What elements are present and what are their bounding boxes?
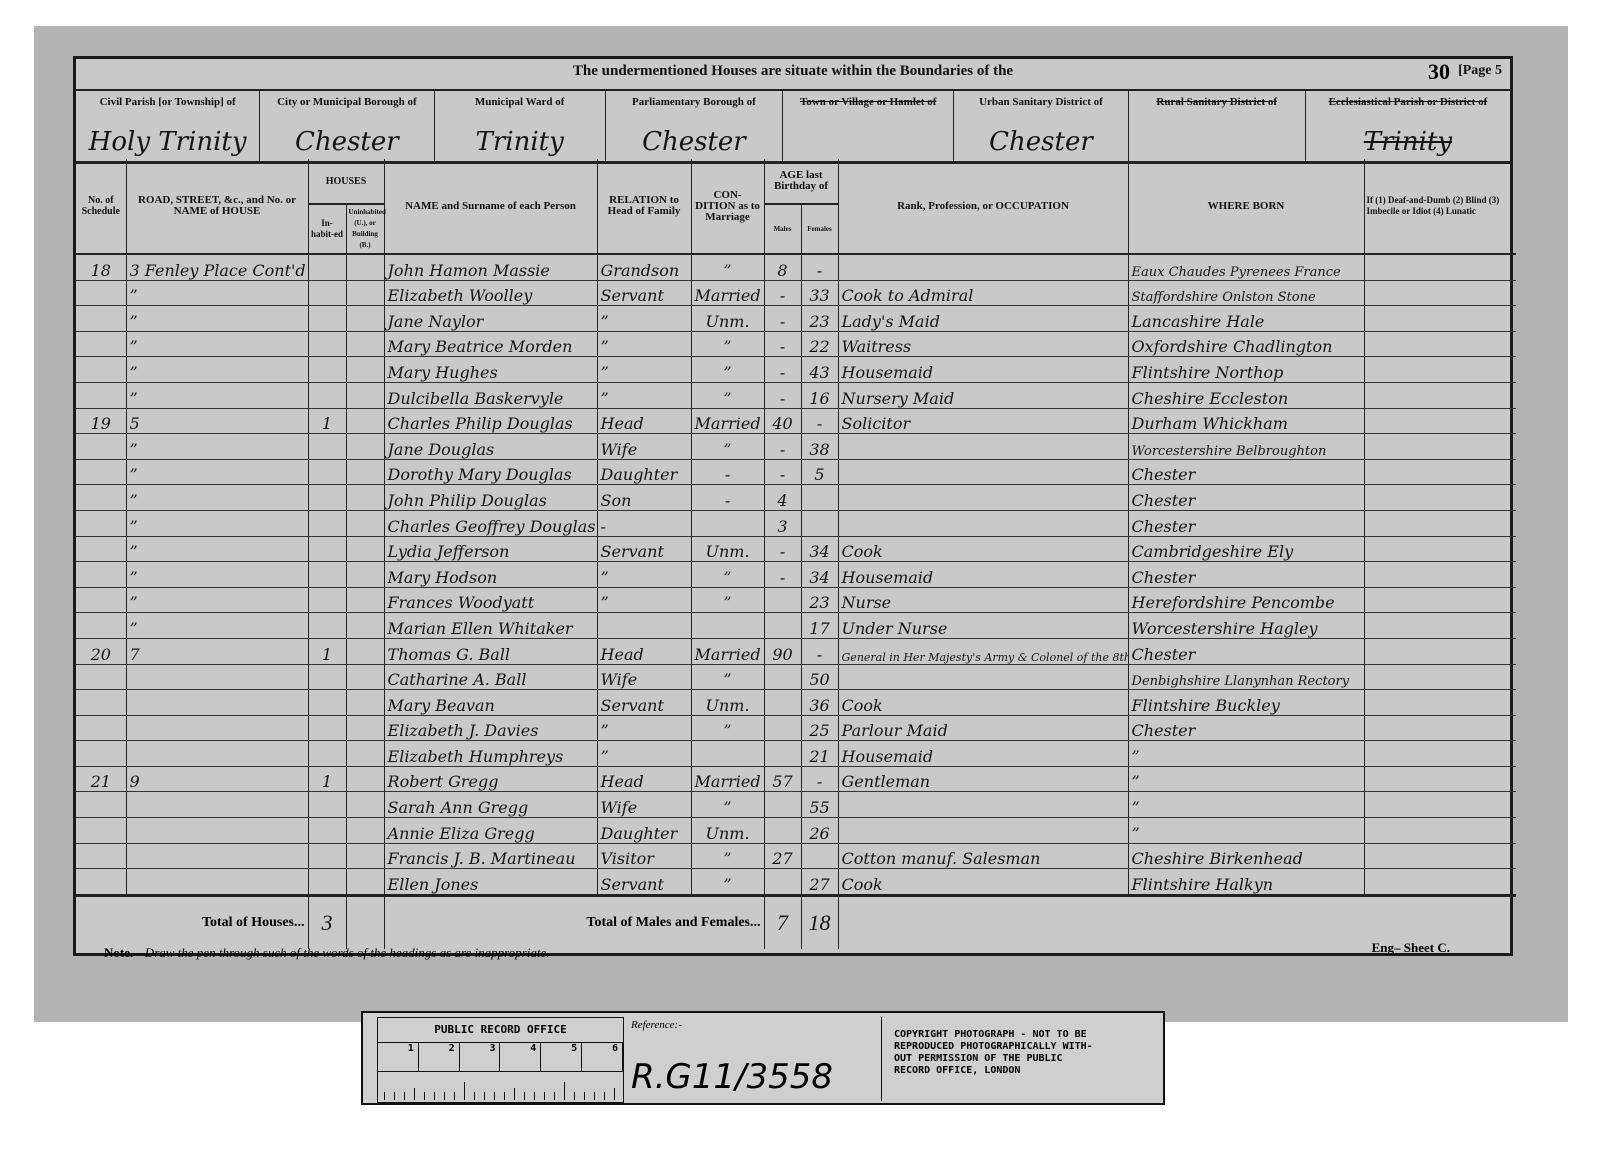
boundary-cell: Parliamentary Borough ofChester <box>606 91 783 161</box>
ruler-tick <box>524 1092 525 1100</box>
female-age-cell: - <box>801 766 838 792</box>
uninhabited-cell <box>346 818 384 844</box>
table-row: Catharine A. BallWife”50Denbighshire Lla… <box>76 664 1516 690</box>
table-row: ”John Philip DouglasSon-4Chester <box>76 485 1516 511</box>
boundary-cell: City or Municipal Borough ofChester <box>260 91 434 161</box>
female-age-cell: 16 <box>801 382 838 408</box>
schedule-cell <box>76 459 126 485</box>
schedule-cell <box>76 843 126 869</box>
birthplace-cell: Chester <box>1128 510 1364 536</box>
inhabited-cell: 1 <box>308 766 346 792</box>
female-age-cell: 5 <box>801 459 838 485</box>
male-age-cell: 8 <box>764 254 801 280</box>
uninhabited-cell <box>346 843 384 869</box>
schedule-cell <box>76 613 126 639</box>
name-cell: Mary Hughes <box>384 357 597 383</box>
ruler-tick <box>424 1092 425 1100</box>
record-office-number: 5 <box>541 1043 582 1071</box>
birthplace-cell: Eaux Chaudes Pyrenees France <box>1128 254 1364 280</box>
road-cell: ” <box>126 459 308 485</box>
infirmity-cell <box>1364 766 1516 792</box>
relation-cell: Servant <box>597 280 691 306</box>
male-age-cell <box>764 587 801 613</box>
male-age-cell: - <box>764 459 801 485</box>
record-office-number: 3 <box>460 1043 501 1071</box>
relation-cell: ” <box>597 741 691 767</box>
boundary-cell: Urban Sanitary District ofChester <box>954 91 1128 161</box>
infirmity-cell <box>1364 587 1516 613</box>
male-age-cell <box>764 715 801 741</box>
relation-cell: ” <box>597 382 691 408</box>
record-office-number: 2 <box>419 1043 460 1071</box>
col-road: ROAD, STREET, &c., and No. or NAME of HO… <box>126 159 308 254</box>
infirmity-cell <box>1364 715 1516 741</box>
road-cell <box>126 792 308 818</box>
uninhabited-cell <box>346 766 384 792</box>
boundary-value: Trinity <box>1306 127 1510 157</box>
ruler-tick <box>464 1082 465 1100</box>
relation-cell: Servant <box>597 690 691 716</box>
condition-cell: - <box>691 485 764 511</box>
schedule-cell <box>76 280 126 306</box>
birthplace-cell: Staffordshire Onlston Stone <box>1128 280 1364 306</box>
boundary-value: Holy Trinity <box>76 127 259 157</box>
ruler-tick <box>404 1092 405 1100</box>
road-cell <box>126 664 308 690</box>
male-age-cell <box>764 869 801 896</box>
road-cell: ” <box>126 382 308 408</box>
boundary-label: City or Municipal Borough of <box>260 91 433 108</box>
male-age-cell: 3 <box>764 510 801 536</box>
name-cell: Lydia Jefferson <box>384 536 597 562</box>
col-schedule: No. of Schedule <box>76 159 126 254</box>
uninhabited-cell <box>346 357 384 383</box>
ruler-tick <box>574 1092 575 1100</box>
schedule-cell <box>76 485 126 511</box>
totals-row: Total of Houses... 3 Total of Males and … <box>76 895 1516 949</box>
male-age-cell <box>764 613 801 639</box>
name-cell: Frances Woodyatt <box>384 587 597 613</box>
inhabited-cell <box>308 587 346 613</box>
copyright-notice: COPYRIGHT PHOTOGRAPH - NOT TO BE REPRODU… <box>881 1017 1151 1101</box>
birthplace-cell: Flintshire Halkyn <box>1128 869 1364 896</box>
birthplace-cell: Chester <box>1128 459 1364 485</box>
condition-cell: Unm. <box>691 306 764 332</box>
uninhabited-cell <box>346 485 384 511</box>
occupation-cell: Gentleman <box>838 766 1128 792</box>
female-age-cell: 23 <box>801 306 838 332</box>
relation-cell: ” <box>597 562 691 588</box>
relation-cell <box>597 613 691 639</box>
female-age-cell: 36 <box>801 690 838 716</box>
relation-cell: - <box>597 510 691 536</box>
male-age-cell <box>764 664 801 690</box>
name-cell: Elizabeth Woolley <box>384 280 597 306</box>
inhabited-cell <box>308 792 346 818</box>
schedule-cell <box>76 715 126 741</box>
infirmity-cell <box>1364 280 1516 306</box>
relation-cell: Head <box>597 766 691 792</box>
name-cell: Charles Philip Douglas <box>384 408 597 434</box>
table-row: ”Charles Geoffrey Douglas-3Chester <box>76 510 1516 536</box>
condition-cell: ” <box>691 587 764 613</box>
birthplace-cell: Chester <box>1128 485 1364 511</box>
ruler-tick <box>534 1092 535 1100</box>
female-age-cell: 27 <box>801 869 838 896</box>
table-row: ”Jane DouglasWife”-38Worcestershire Belb… <box>76 434 1516 460</box>
uninhabited-cell <box>346 587 384 613</box>
table-row: Elizabeth Humphreys”21Housemaid” <box>76 741 1516 767</box>
name-cell: Mary Beatrice Morden <box>384 331 597 357</box>
female-age-cell: 43 <box>801 357 838 383</box>
condition-cell: ” <box>691 382 764 408</box>
road-cell: 7 <box>126 638 308 664</box>
uninhabited-cell <box>346 613 384 639</box>
boundary-label: Ecclesiastical Parish or District of <box>1306 91 1510 108</box>
female-age-cell: 21 <box>801 741 838 767</box>
schedule-cell <box>76 306 126 332</box>
table-row: ”Marian Ellen Whitaker17Under NurseWorce… <box>76 613 1516 639</box>
relation-cell: Servant <box>597 536 691 562</box>
ruler-tick <box>474 1092 475 1100</box>
road-cell <box>126 818 308 844</box>
ruler-tick <box>444 1092 445 1100</box>
table-row: 183 Fenley Place Cont'dJohn Hamon Massie… <box>76 254 1516 280</box>
female-age-cell <box>801 843 838 869</box>
record-office-stamp: PUBLIC RECORD OFFICE 123456 Reference:- … <box>361 1011 1165 1105</box>
infirmity-cell <box>1364 792 1516 818</box>
schedule-cell <box>76 818 126 844</box>
census-page: The undermentioned Houses are situate wi… <box>73 56 1513 956</box>
birthplace-cell: ” <box>1128 792 1364 818</box>
uninhabited-cell <box>346 459 384 485</box>
road-cell: ” <box>126 510 308 536</box>
col-occupation: Rank, Profession, or OCCUPATION <box>838 159 1128 254</box>
boundary-cell: Town or Village or Hamlet of <box>783 91 954 161</box>
inhabited-cell <box>308 280 346 306</box>
schedule-cell: 18 <box>76 254 126 280</box>
inhabited-cell <box>308 485 346 511</box>
condition-cell <box>691 741 764 767</box>
table-row: Ellen JonesServant”27CookFlintshire Halk… <box>76 869 1516 896</box>
inhabited-cell <box>308 715 346 741</box>
boundary-cell: Civil Parish [or Township] ofHoly Trinit… <box>76 91 260 161</box>
uninhabited-cell <box>346 741 384 767</box>
inhabited-cell <box>308 459 346 485</box>
record-office-number: 1 <box>378 1043 419 1071</box>
uninhabited-cell <box>346 638 384 664</box>
census-table: No. of Schedule ROAD, STREET, &c., and N… <box>76 159 1510 949</box>
inhabited-cell <box>308 434 346 460</box>
condition-cell: Married <box>691 766 764 792</box>
relation-cell: Wife <box>597 664 691 690</box>
table-row: ”Mary Beatrice Morden””-22WaitressOxford… <box>76 331 1516 357</box>
col-born: WHERE BORN <box>1128 159 1364 254</box>
col-inhabited: In-habit-ed <box>308 204 346 254</box>
relation-cell: Son <box>597 485 691 511</box>
infirmity-cell <box>1364 306 1516 332</box>
occupation-cell: Cook <box>838 869 1128 896</box>
infirmity-cell <box>1364 741 1516 767</box>
male-age-cell: 57 <box>764 766 801 792</box>
table-row: Mary BeavanServantUnm.36CookFlintshire B… <box>76 690 1516 716</box>
infirmity-cell <box>1364 869 1516 896</box>
name-cell: Charles Geoffrey Douglas <box>384 510 597 536</box>
infirmity-cell <box>1364 510 1516 536</box>
ruler-tick <box>414 1088 415 1100</box>
col-males: Males <box>764 204 801 254</box>
condition-cell <box>691 510 764 536</box>
male-age-cell: - <box>764 331 801 357</box>
infirmity-cell <box>1364 459 1516 485</box>
male-age-cell: - <box>764 382 801 408</box>
female-age-cell: 25 <box>801 715 838 741</box>
infirmity-cell <box>1364 613 1516 639</box>
infirmity-cell <box>1364 434 1516 460</box>
uninhabited-cell <box>346 510 384 536</box>
table-row: ”Lydia JeffersonServantUnm.-34CookCambri… <box>76 536 1516 562</box>
road-cell: ” <box>126 331 308 357</box>
condition-cell: Unm. <box>691 818 764 844</box>
table-row: ”Mary Hodson””-34HousemaidChester <box>76 562 1516 588</box>
total-persons-label: Total of Males and Females... <box>384 895 764 949</box>
table-row: Elizabeth J. Davies””25Parlour MaidChest… <box>76 715 1516 741</box>
condition-cell: Unm. <box>691 690 764 716</box>
schedule-cell <box>76 587 126 613</box>
relation-cell: ” <box>597 357 691 383</box>
schedule-cell <box>76 510 126 536</box>
footnote: Note.—Draw the pen through such of the w… <box>104 945 549 961</box>
occupation-cell: Under Nurse <box>838 613 1128 639</box>
schedule-cell <box>76 434 126 460</box>
ruler-tick <box>384 1092 385 1100</box>
occupation-cell <box>838 664 1128 690</box>
condition-cell: ” <box>691 357 764 383</box>
female-age-cell: 26 <box>801 818 838 844</box>
male-age-cell: - <box>764 306 801 332</box>
name-cell: Dulcibella Baskervyle <box>384 382 597 408</box>
occupation-cell: General in Her Majesty's Army & Colonel … <box>838 638 1128 664</box>
boundary-value: Chester <box>260 127 433 157</box>
male-age-cell: 40 <box>764 408 801 434</box>
schedule-cell <box>76 690 126 716</box>
boundary-cell: Municipal Ward ofTrinity <box>435 91 606 161</box>
condition-cell: ” <box>691 843 764 869</box>
infirmity-cell <box>1364 485 1516 511</box>
female-age-cell: - <box>801 408 838 434</box>
uninhabited-cell <box>346 536 384 562</box>
table-row: ”Jane Naylor”Unm.-23Lady's MaidLancashir… <box>76 306 1516 332</box>
record-office-numbers: 123456 <box>378 1043 623 1072</box>
uninhabited-cell <box>346 715 384 741</box>
uninhabited-cell <box>346 434 384 460</box>
road-cell: ” <box>126 536 308 562</box>
schedule-cell <box>76 357 126 383</box>
table-row: 1951Charles Philip DouglasHeadMarried40-… <box>76 408 1516 434</box>
condition-cell: ” <box>691 715 764 741</box>
birthplace-cell: Worcestershire Belbroughton <box>1128 434 1364 460</box>
table-row: Annie Eliza GreggDaughterUnm.26” <box>76 818 1516 844</box>
female-age-cell <box>801 485 838 511</box>
male-age-cell: - <box>764 357 801 383</box>
relation-cell: ” <box>597 306 691 332</box>
occupation-cell: Cook to Admiral <box>838 280 1128 306</box>
table-row: 2191Robert GreggHeadMarried57-Gentleman” <box>76 766 1516 792</box>
page-heading: The undermentioned Houses are situate wi… <box>76 63 1510 80</box>
schedule-cell <box>76 562 126 588</box>
schedule-cell: 20 <box>76 638 126 664</box>
table-row: ”Elizabeth WoolleyServantMarried-33Cook … <box>76 280 1516 306</box>
occupation-cell <box>838 254 1128 280</box>
birthplace-cell: ” <box>1128 818 1364 844</box>
name-cell: Annie Eliza Gregg <box>384 818 597 844</box>
birthplace-cell: Lancashire Hale <box>1128 306 1364 332</box>
inhabited-cell <box>308 690 346 716</box>
page-label: [Page 5 <box>1458 63 1502 79</box>
ruler-tick <box>394 1092 395 1100</box>
birthplace-cell: ” <box>1128 741 1364 767</box>
ruler-tick <box>484 1092 485 1100</box>
birthplace-cell: Chester <box>1128 638 1364 664</box>
birthplace-cell: Worcestershire Hagley <box>1128 613 1364 639</box>
table-row: ”Mary Hughes””-43HousemaidFlintshire Nor… <box>76 357 1516 383</box>
ruler-tick <box>564 1082 565 1100</box>
occupation-cell: Waitress <box>838 331 1128 357</box>
boundary-label: Municipal Ward of <box>435 91 605 108</box>
infirmity-cell <box>1364 664 1516 690</box>
birthplace-cell: Cambridgeshire Ely <box>1128 536 1364 562</box>
inhabited-cell <box>308 382 346 408</box>
schedule-cell <box>76 664 126 690</box>
relation-cell: ” <box>597 715 691 741</box>
male-age-cell: 27 <box>764 843 801 869</box>
infirmity-cell <box>1364 536 1516 562</box>
road-cell: 3 Fenley Place Cont'd <box>126 254 308 280</box>
uninhabited-cell <box>346 331 384 357</box>
relation-cell: ” <box>597 587 691 613</box>
ruler-tick <box>514 1088 515 1100</box>
col-infirmity: If (1) Deaf-and-Dumb (2) Blind (3) Imbec… <box>1364 159 1516 254</box>
boundary-label: Civil Parish [or Township] of <box>76 91 259 108</box>
birthplace-cell: Cheshire Eccleston <box>1128 382 1364 408</box>
condition-cell: Married <box>691 408 764 434</box>
road-cell: ” <box>126 587 308 613</box>
record-office-number: 6 <box>582 1043 623 1071</box>
male-age-cell <box>764 792 801 818</box>
condition-cell: ” <box>691 562 764 588</box>
ruler-tick <box>614 1088 615 1100</box>
reference-value: R.G11/3558 <box>631 1057 833 1097</box>
occupation-cell: Parlour Maid <box>838 715 1128 741</box>
table-row: ”Dulcibella Baskervyle””-16Nursery MaidC… <box>76 382 1516 408</box>
schedule-cell <box>76 382 126 408</box>
inhabited-cell <box>308 664 346 690</box>
boundary-label: Urban Sanitary District of <box>954 91 1127 108</box>
uninhabited-cell <box>346 792 384 818</box>
occupation-cell <box>838 510 1128 536</box>
occupation-cell: Housemaid <box>838 741 1128 767</box>
record-office-title: PUBLIC RECORD OFFICE <box>378 1018 623 1043</box>
birthplace-cell: Oxfordshire Chadlington <box>1128 331 1364 357</box>
occupation-cell <box>838 792 1128 818</box>
condition-cell: ” <box>691 792 764 818</box>
infirmity-cell <box>1364 408 1516 434</box>
infirmity-cell <box>1364 843 1516 869</box>
ruler-tick <box>594 1092 595 1100</box>
birthplace-cell: Chester <box>1128 562 1364 588</box>
occupation-cell: Nursery Maid <box>838 382 1128 408</box>
name-cell: Mary Hodson <box>384 562 597 588</box>
folio-number: 30 <box>1428 59 1450 85</box>
male-age-cell: 90 <box>764 638 801 664</box>
inhabited-cell <box>308 254 346 280</box>
inhabited-cell <box>308 869 346 896</box>
schedule-cell <box>76 331 126 357</box>
boundary-value: Trinity <box>435 127 605 157</box>
boundary-row: Civil Parish [or Township] ofHoly Trinit… <box>76 89 1510 164</box>
table-row: ”Dorothy Mary DouglasDaughter--5Chester <box>76 459 1516 485</box>
occupation-cell <box>838 459 1128 485</box>
male-age-cell <box>764 741 801 767</box>
uninhabited-cell <box>346 254 384 280</box>
female-age-cell: 23 <box>801 587 838 613</box>
condition-cell: Married <box>691 638 764 664</box>
inhabited-cell <box>308 562 346 588</box>
occupation-cell: Housemaid <box>838 562 1128 588</box>
record-office-number: 4 <box>500 1043 541 1071</box>
ruler-tick <box>434 1092 435 1100</box>
uninhabited-cell <box>346 306 384 332</box>
schedule-cell: 19 <box>76 408 126 434</box>
inhabited-cell <box>308 818 346 844</box>
condition-cell: Unm. <box>691 536 764 562</box>
relation-cell: Wife <box>597 792 691 818</box>
male-age-cell: - <box>764 434 801 460</box>
total-houses-value: 3 <box>308 895 346 949</box>
road-cell: ” <box>126 485 308 511</box>
inhabited-cell <box>308 536 346 562</box>
inhabited-cell <box>308 843 346 869</box>
name-cell: Elizabeth Humphreys <box>384 741 597 767</box>
female-age-cell <box>801 510 838 536</box>
boundary-value: Chester <box>954 127 1127 157</box>
uninhabited-cell <box>346 869 384 896</box>
road-cell: 9 <box>126 766 308 792</box>
infirmity-cell <box>1364 382 1516 408</box>
road-cell <box>126 690 308 716</box>
road-cell <box>126 869 308 896</box>
infirmity-cell <box>1364 331 1516 357</box>
col-uninhabited: Uninhabited (U.), or Building (B.) <box>346 204 384 254</box>
condition-cell: ” <box>691 331 764 357</box>
uninhabited-cell <box>346 280 384 306</box>
occupation-cell <box>838 485 1128 511</box>
condition-cell: Married <box>691 280 764 306</box>
name-cell: John Hamon Massie <box>384 254 597 280</box>
total-houses-label: Total of Houses... <box>76 895 308 949</box>
inhabited-cell <box>308 613 346 639</box>
inhabited-cell <box>308 741 346 767</box>
infirmity-cell <box>1364 690 1516 716</box>
uninhabited-cell <box>346 690 384 716</box>
name-cell: Ellen Jones <box>384 869 597 896</box>
table-row: 2071Thomas G. BallHeadMarried90-General … <box>76 638 1516 664</box>
relation-cell: Servant <box>597 869 691 896</box>
col-condition: CON-DITION as to Marriage <box>691 159 764 254</box>
occupation-cell: Nurse <box>838 587 1128 613</box>
birthplace-cell: Chester <box>1128 715 1364 741</box>
relation-cell: ” <box>597 331 691 357</box>
